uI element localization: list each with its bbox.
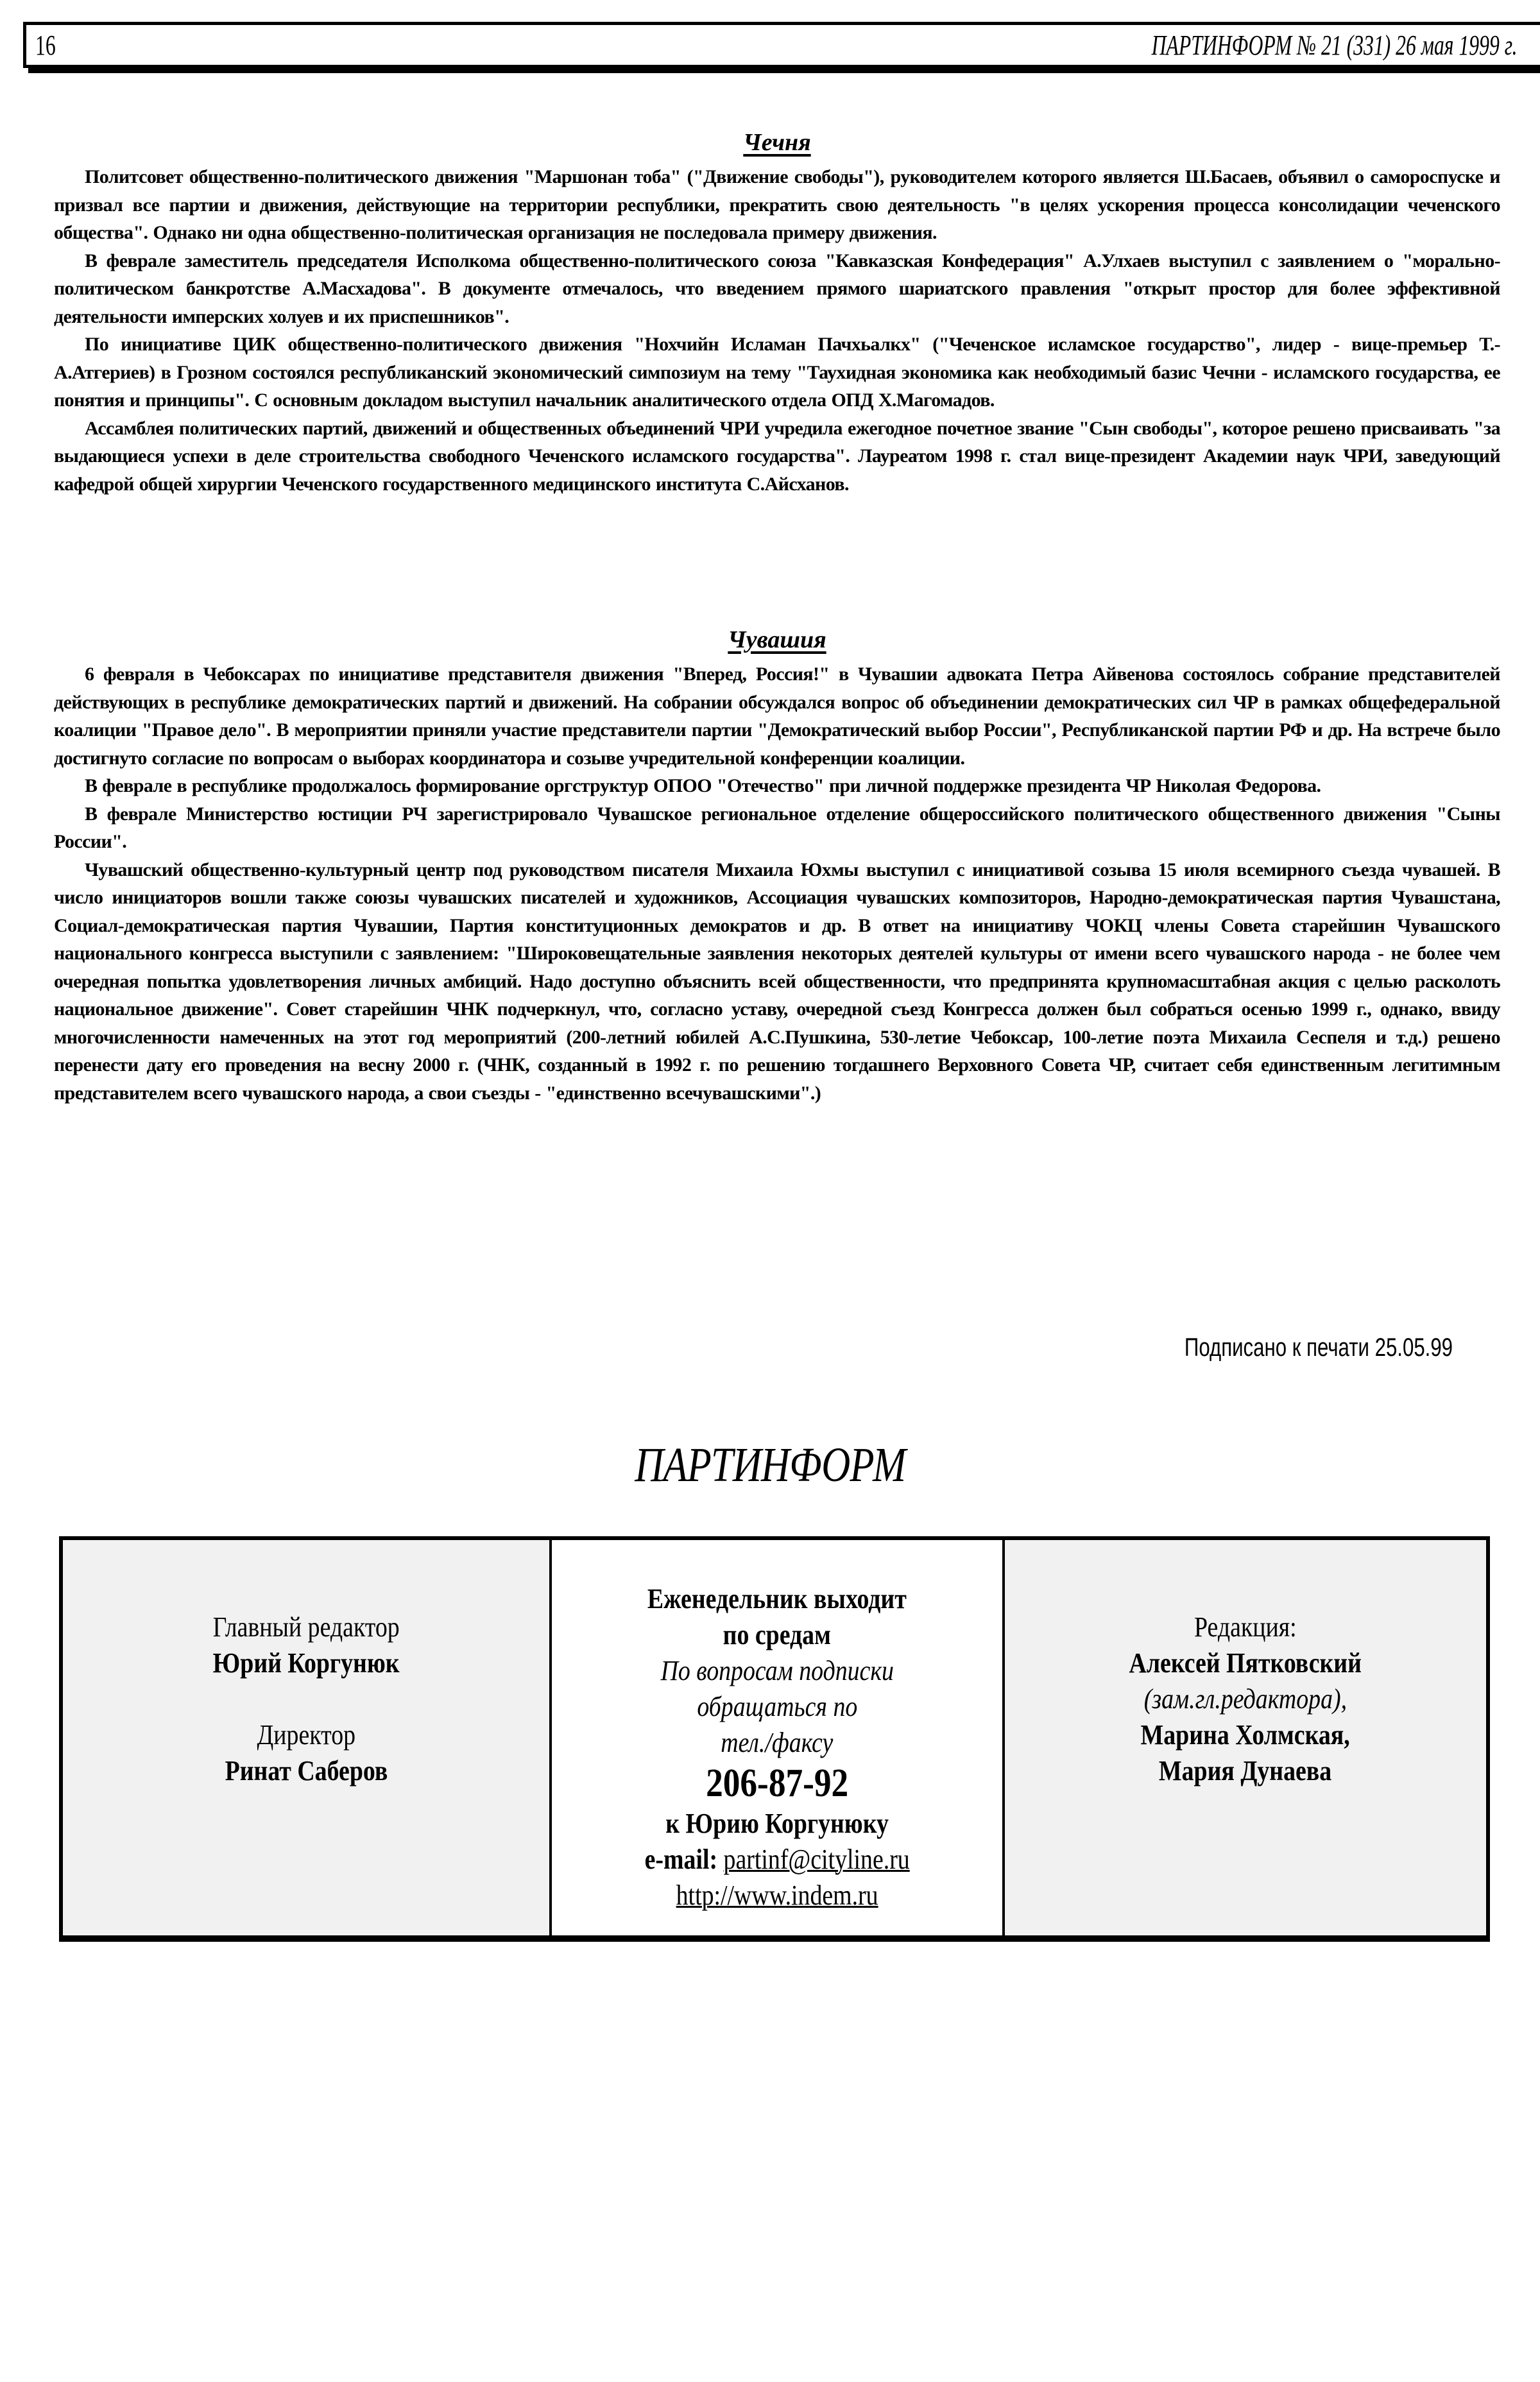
staff-member: Алексей Пятковский bbox=[1129, 1645, 1362, 1681]
subscription-note: По вопросам подписки bbox=[660, 1653, 893, 1689]
subscription-note: обращаться по bbox=[697, 1689, 857, 1725]
editor-name: Юрий Коргунюк bbox=[213, 1645, 400, 1681]
director-role: Директор bbox=[257, 1717, 355, 1753]
paragraph: В феврале заместитель председателя Испол… bbox=[54, 247, 1500, 331]
section-title: Чечня bbox=[54, 127, 1500, 158]
staff-member: Марина Холмская, bbox=[1141, 1717, 1350, 1753]
paragraph: В феврале Министерство юстиции РЧ зареги… bbox=[54, 800, 1500, 856]
email-label: e-mail: bbox=[644, 1844, 717, 1875]
page-number: 16 bbox=[35, 29, 56, 62]
email-line: e-mail: partinf@cityline.ru bbox=[644, 1842, 909, 1878]
paragraph: Политсовет общественно-политического дви… bbox=[54, 163, 1500, 247]
section-title: Чувашия bbox=[54, 624, 1500, 655]
website-link[interactable]: http://www.indem.ru bbox=[676, 1880, 878, 1911]
email-link[interactable]: partinf@cityline.ru bbox=[723, 1844, 909, 1875]
phone-number: 206-87-92 bbox=[706, 1761, 848, 1806]
paragraph: Чувашский общественно-культурный центр п… bbox=[54, 856, 1500, 1108]
signed-for-print: Подписано к печати 25.05.99 bbox=[1185, 1333, 1453, 1362]
paragraph: По инициативе ЦИК общественно-политическ… bbox=[54, 330, 1500, 415]
paragraph: 6 февраля в Чебоксарах по инициативе пре… bbox=[54, 660, 1500, 772]
website-line: http://www.indem.ru bbox=[676, 1878, 878, 1914]
director-name: Ринат Саберов bbox=[225, 1753, 388, 1789]
staff-label: Редакция: bbox=[1194, 1609, 1297, 1645]
section-chechnya: Чечня Политсовет общественно-политическо… bbox=[54, 127, 1500, 498]
subscription-note: тел./факсу bbox=[721, 1725, 833, 1761]
contact-person: к Юрию Коргунюку bbox=[665, 1806, 889, 1842]
frequency-line: Еженедельник выходит bbox=[647, 1581, 907, 1617]
editor-role: Главный редактор bbox=[212, 1609, 399, 1645]
masthead-editors: Главный редактор Юрий Коргунюк Директор … bbox=[63, 1540, 552, 1935]
frequency-line: по средам bbox=[723, 1617, 831, 1653]
masthead-box: Главный редактор Юрий Коргунюк Директор … bbox=[59, 1536, 1490, 1942]
masthead-staff: Редакция: Алексей Пятковский (зам.гл.ред… bbox=[1005, 1540, 1486, 1935]
issue-info: ПАРТИНФОРМ № 21 (331) 26 мая 1999 г. bbox=[1152, 29, 1518, 62]
section-chuvashia: Чувашия 6 февраля в Чебоксарах по инициа… bbox=[54, 624, 1500, 1107]
masthead-title: ПАРТИНФОРМ bbox=[0, 1437, 1540, 1493]
masthead-contacts: Еженедельник выходит по средам По вопрос… bbox=[552, 1540, 1005, 1935]
paragraph: В феврале в республике продолжалось форм… bbox=[54, 772, 1500, 800]
staff-member: Мария Дунаева bbox=[1159, 1753, 1331, 1789]
page-header: 16 ПАРТИНФОРМ № 21 (331) 26 мая 1999 г. bbox=[23, 22, 1540, 68]
paragraph: Ассамблея политических партий, движений … bbox=[54, 415, 1500, 499]
staff-member-role: (зам.гл.редактора), bbox=[1144, 1681, 1347, 1717]
